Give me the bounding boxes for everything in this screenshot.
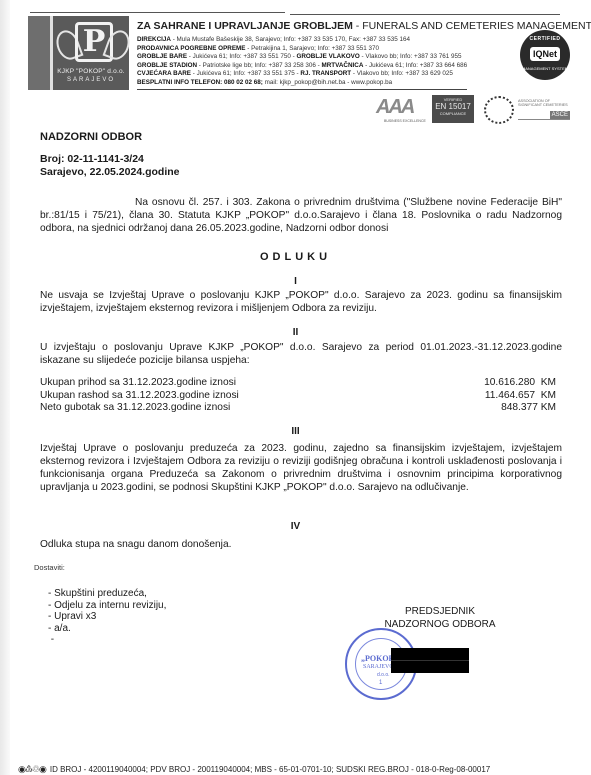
iqnet-certified-badge-icon: CERTIFIED IQNet MANAGEMENT SYSTEM — [520, 30, 570, 80]
contact-line: BESPLATNI INFO TELEFON: 080 02 02 68; ma… — [137, 79, 467, 90]
aaa-rating-icon: AAA — [376, 96, 430, 120]
section-numeral: IV — [0, 521, 591, 532]
distribution-label: Dostaviti: — [34, 563, 65, 572]
footer-text: ID BROJ - 4200119040004; PDV BROJ - 2001… — [50, 765, 490, 774]
financial-row-net-loss: Neto gubotak sa 31.12.2023.godine iznosi… — [40, 402, 560, 415]
company-logo: P KJKP "POKOP" d.o.o. SARAJEVO — [50, 16, 129, 90]
preamble: Na osnovu čl. 257. i 303. Zakona o privr… — [40, 196, 562, 235]
letterhead-title-english: - FUNERALS AND CEMETERIES MANAGEMENT — [353, 20, 591, 32]
issuing-organ: NADZORNI ODBOR — [40, 131, 142, 143]
section-numeral: I — [0, 276, 591, 287]
distribution-item: - a/a. — [48, 623, 166, 635]
financial-summary: Ukupan prihod sa 31.12.2023.godine iznos… — [40, 377, 560, 415]
section-text: Odluka stupa na snagu danom donošenja. — [40, 539, 231, 550]
header-rule — [290, 14, 560, 15]
distribution-item: - Odjelu za internu reviziju, — [48, 600, 166, 612]
ascg-association-icon: ASSOCIATION OF SIGNIFICANT CEMETERIES AS… — [518, 99, 570, 120]
section-numeral: III — [0, 426, 591, 437]
contact-line: CVJEĆARA BARE - Jukićeva 61; Info: +387 … — [137, 70, 467, 79]
recycle-eco-icon: ◉♳♲◉ — [18, 764, 46, 775]
financial-row-expenses: Ukupan rashod sa 31.12.2023.godine iznos… — [40, 390, 560, 403]
en15017-compliance-icon: VERIFIED EN 15017 COMPLIANCE — [432, 95, 474, 123]
eu-stars-icon — [484, 96, 514, 124]
distribution-item: - Skupštini preduzeća, — [48, 588, 166, 600]
section-text: Ne usvaja se Izvještaj Uprave o poslovan… — [40, 289, 562, 315]
contact-line: DIREKCIJA - Mula Mustafe Bašeskije 38, S… — [137, 36, 467, 45]
contact-line: GROBLJE BARE - Jukićeva 61; Info: +387 3… — [137, 53, 467, 62]
redaction-seam — [391, 660, 469, 661]
distribution-item: - Upravi x3 — [48, 611, 166, 623]
footer-registration: ◉♳♲◉ID BROJ - 4200119040004; PDV BROJ - … — [18, 764, 490, 775]
place-and-date: Sarajevo, 22.05.2024.godine — [40, 166, 180, 178]
header-rule — [30, 12, 285, 13]
letterhead-contacts: DIREKCIJA - Mula Mustafe Bašeskije 38, S… — [137, 36, 467, 90]
decision-heading: ODLUKU — [0, 251, 591, 263]
scan-edge-shadow — [0, 0, 10, 775]
letterhead-title: ZA SAHRANE I UPRAVLJANJE GROBLJEM - FUNE… — [137, 20, 591, 32]
distribution-item: - — [48, 634, 166, 646]
section-numeral: II — [0, 327, 591, 338]
distribution-list: - Skupštini preduzeća, - Odjelu za inter… — [48, 588, 166, 646]
contact-line: PRODAVNICA POGREBNE OPREME - Petrakijina… — [137, 45, 467, 54]
logo-city: SARAJEVO — [53, 77, 129, 83]
document-number: Broj: 02-11-1141-3/24 — [40, 153, 144, 165]
financial-row-revenue: Ukupan prihod sa 31.12.2023.godine iznos… — [40, 377, 560, 390]
logo-company-name: KJKP "POKOP" d.o.o. — [53, 68, 129, 75]
aaa-rating-caption: BUSINESS EXCELLENCE — [384, 119, 426, 123]
signatory-title: PREDSJEDNIK NADZORNOG ODBORA — [380, 605, 500, 631]
section-text: U izvještaju o poslovanju Uprave KJKP „P… — [40, 341, 562, 367]
letterhead-title-local: ZA SAHRANE I UPRAVLJANJE GROBLJEM — [137, 20, 353, 32]
section-text: Izvještaj Uprave o poslovanju preduzeća … — [40, 442, 562, 494]
